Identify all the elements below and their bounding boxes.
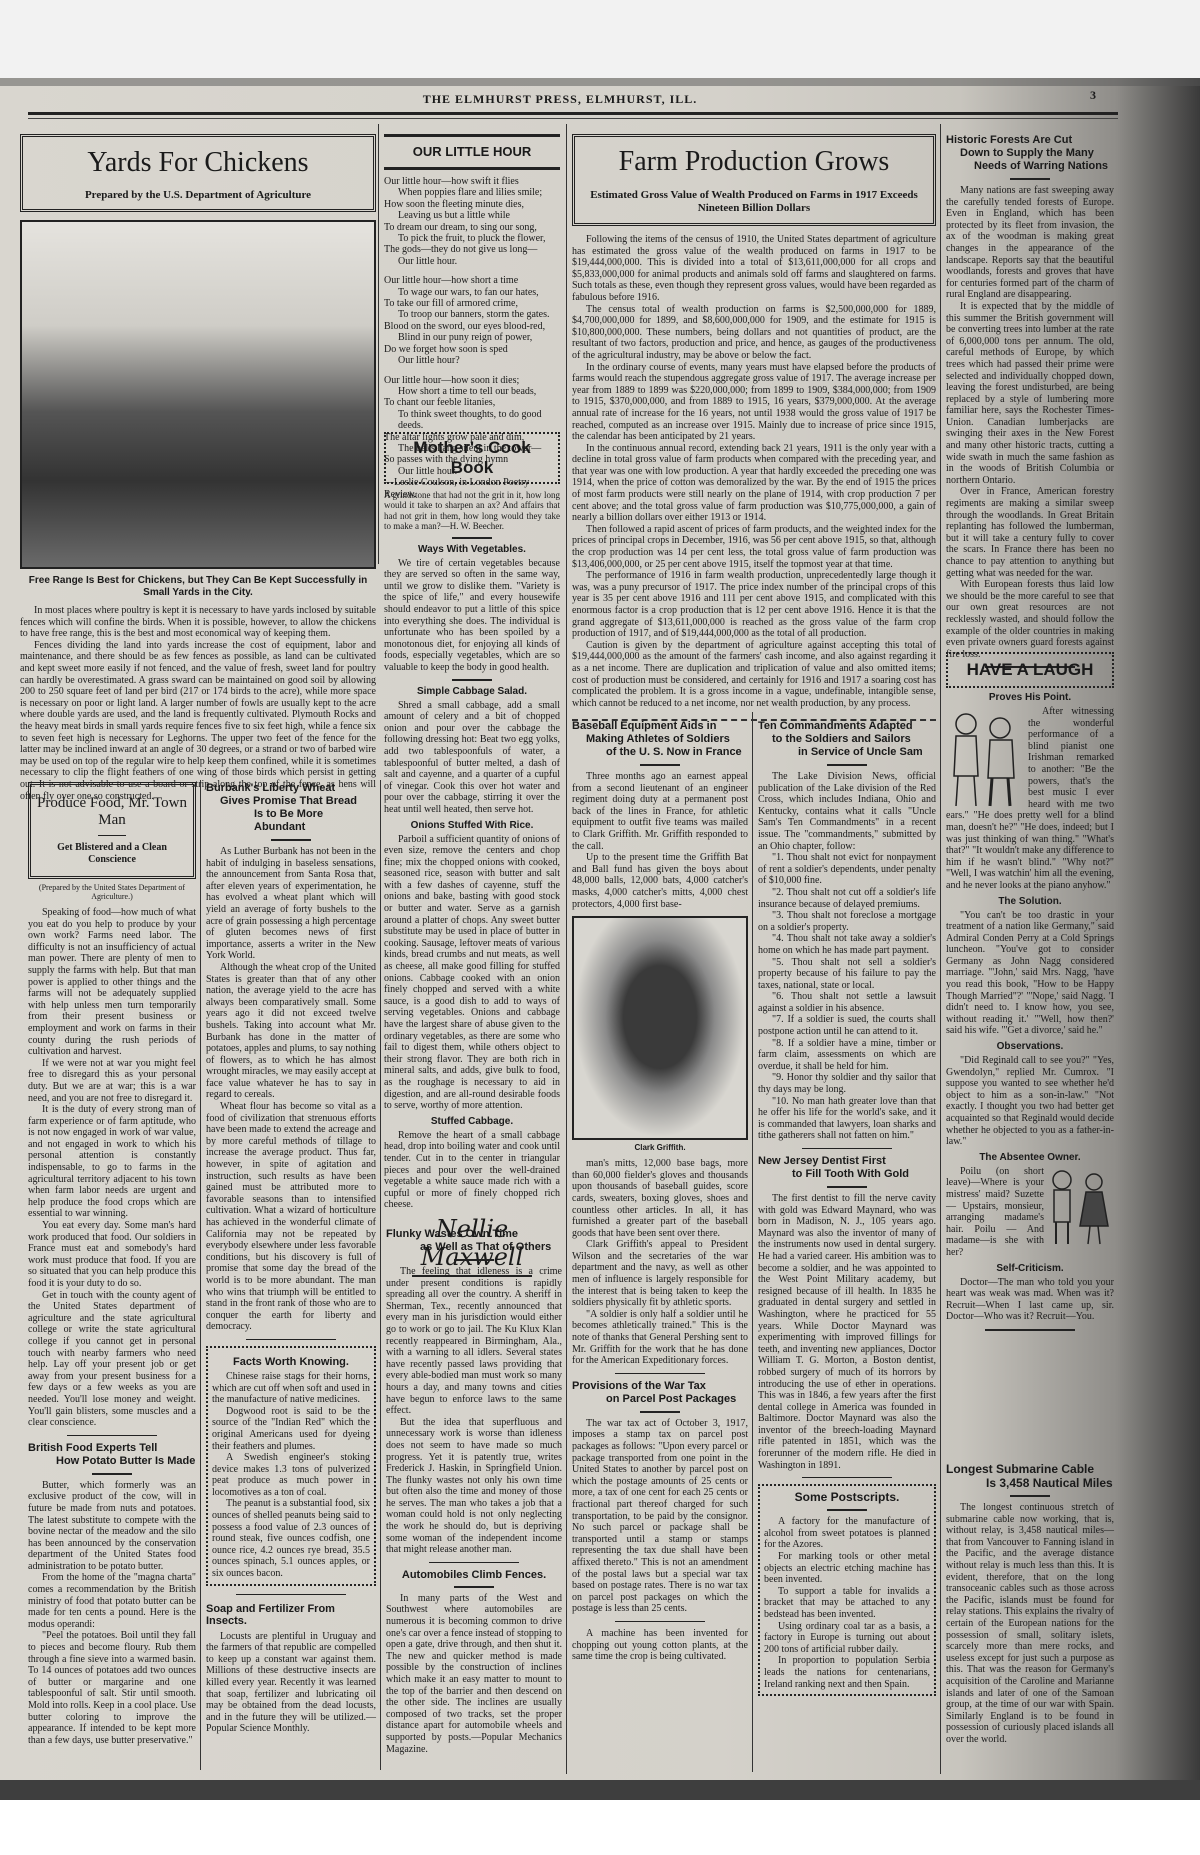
potato-butter-title: British Food Experts Tell How Potato But… (28, 1442, 196, 1468)
article-ten-commandments: Ten Commandments Adapted to the Soldiers… (758, 720, 936, 1696)
joke-heading: The Solution. (946, 896, 1114, 907)
photo-caption: Free Range Is Best for Chickens, but The… (20, 575, 376, 599)
soap-body: Locusts are plentiful in Uruguay and the… (206, 1631, 376, 1735)
photo-caption: Clark Griffith. (572, 1142, 748, 1154)
article-body: Three months ago an earnest appeal from … (572, 771, 748, 910)
article-body: The feeling that idleness is a crime und… (386, 1266, 562, 1556)
column-divider (378, 124, 379, 564)
article-body: Following the items of the census of 191… (572, 234, 936, 709)
postscripts-box: Some Postscripts. A factory for the manu… (758, 1484, 936, 1696)
recipe-text: Shred a small cabbage, add a small amoun… (384, 700, 560, 816)
column-divider (940, 124, 941, 1774)
recipe-text: Parboil a sufficient quantity of onions … (384, 834, 560, 1112)
postscripts-title: Some Postscripts. (764, 1490, 930, 1504)
scan-top-edge (0, 78, 1200, 86)
article-body: Speaking of food—how much of what you ea… (28, 907, 196, 1429)
chicken-yard-photo (20, 220, 376, 569)
column-divider (566, 124, 567, 1774)
cookbook-title: Mother's Cook Book (413, 438, 530, 477)
article-body-continued: man's mitts, 12,000 base bags, more than… (572, 1158, 748, 1367)
potato-butter-body: Butter, which formerly was an exclusive … (28, 1480, 196, 1747)
cookbook-header: Mother's Cook Book (384, 432, 560, 484)
article-farm-production: Farm Production Grows Estimated Gross Va… (572, 134, 936, 721)
masthead-rule-thin (28, 118, 1118, 119)
poem-header: OUR LITTLE HOUR (384, 134, 560, 170)
column-divider (752, 712, 753, 1772)
dentist-body: The first dentist to fill the nerve cavi… (758, 1193, 936, 1471)
article-yards-for-chickens: Yards For Chickens Prepared by the U.S. … (20, 134, 376, 802)
article-submarine-cable: Longest Submarine Cable Is 3,458 Nautica… (946, 1462, 1114, 1745)
article-body: The Lake Division News, official publica… (758, 771, 936, 1142)
article-title: Ten Commandments Adapted to the Soldiers… (758, 720, 936, 759)
recipe-heading: Simple Cabbage Salad. (384, 686, 560, 697)
recipe-heading: Ways With Vegetables. (384, 544, 560, 555)
article-title: Baseball Equipment Aids in Making Athlet… (572, 720, 748, 759)
page-number: 3 (1090, 88, 1096, 103)
war-tax-body: The war tax act of October 3, 1917, impo… (572, 1418, 748, 1663)
article-produce-food: Produce Food, Mr. Town Man Get Blistered… (28, 782, 196, 1746)
column-divider (200, 780, 201, 1770)
postscripts-body: A factory for the manufacture of alcohol… (764, 1516, 930, 1690)
recipe-text: Remove the heart of a small cabbage head… (384, 1130, 560, 1211)
article-byline: Prepared by the U.S. Department of Agric… (27, 189, 369, 201)
article-title: Longest Submarine Cable Is 3,458 Nautica… (946, 1462, 1114, 1490)
article-header-box: Produce Food, Mr. Town Man Get Blistered… (28, 782, 196, 879)
article-byline: (Prepared by the United States Departmen… (28, 883, 196, 901)
soap-title: Soap and Fertilizer From Insects. (206, 1603, 376, 1627)
facts-title: Facts Worth Knowing. (212, 1356, 370, 1368)
cookbook-quote: A grindstone that had not the grit in it… (384, 490, 560, 532)
newspaper-page: THE ELMHURST PRESS, ELMHURST, ILL. 3 Yar… (0, 0, 1200, 1855)
article-header-box: Farm Production Grows Estimated Gross Va… (572, 134, 936, 226)
joke-text: After witnessing the wonderful performan… (946, 706, 1114, 892)
joke-heading: Self-Criticism. (946, 1263, 1114, 1274)
facts-box: Facts Worth Knowing. Chinese raise stags… (206, 1346, 376, 1586)
article-burbank-wheat: Burbank's Liberty Wheat Gives Promise Th… (206, 782, 376, 1735)
article-flunky: Flunky Wastes Own Time as Well as That o… (386, 1228, 562, 1755)
article-title: Historic Forests Are Cut Down to Supply … (946, 134, 1114, 173)
paragraph: Fences dividing the land into yards incr… (20, 640, 376, 802)
article-title: Farm Production Grows (579, 145, 929, 179)
recipe-text: We tire of certain vegetables because th… (384, 558, 560, 674)
article-body: The longest continuous stretch of submar… (946, 1502, 1114, 1745)
laugh-title: HAVE A LAUGH (967, 660, 1094, 679)
dentist-title: New Jersey Dentist First to Fill Tooth W… (758, 1155, 936, 1181)
joke-heading: Proves His Point. (946, 692, 1114, 703)
article-title: Produce Food, Mr. Town Man (35, 795, 189, 829)
joke-text: "You can't be too drastic in your treatm… (946, 910, 1114, 1038)
joke-text: Doctor—The man who told you your heart w… (946, 1277, 1114, 1323)
recipe-heading: Onions Stuffed With Rice. (384, 820, 560, 831)
article-header-box: Yards For Chickens Prepared by the U.S. … (20, 134, 376, 212)
article-title: Flunky Wastes Own Time as Well as That o… (386, 1228, 562, 1254)
facts-body: Chinese raise stags for their horns, whi… (212, 1371, 370, 1580)
article-body: As Luther Burbank has not been in the ha… (206, 846, 376, 1333)
masthead-rule (28, 112, 1118, 115)
scan-top-margin (0, 0, 1200, 78)
joke-heading: Observations. (946, 1041, 1114, 1052)
autos-body: In many parts of the West and Southwest … (386, 1593, 562, 1755)
joke-text: Poilu (on short leave)—Where is your mis… (946, 1166, 1114, 1259)
article-baseball-equipment: Baseball Equipment Aids in Making Athlet… (572, 720, 748, 1663)
article-title: Burbank's Liberty Wheat Gives Promise Th… (206, 782, 376, 834)
article-body: In most places where poultry is kept it … (20, 605, 376, 802)
joke-text: "Did Reginald call to see you?" "Yes, Gw… (946, 1055, 1114, 1148)
article-have-a-laugh: HAVE A LAUGH Proves His Point. After wit… (946, 652, 1114, 1337)
scan-bottom-edge (0, 1780, 1200, 1800)
article-subtitle: Get Blistered and a Clean Conscience (35, 842, 189, 866)
recipe-heading: Stuffed Cabbage. (384, 1116, 560, 1127)
column-divider (380, 780, 381, 1770)
paragraph: In most places where poultry is kept it … (20, 605, 376, 640)
masthead: THE ELMHURST PRESS, ELMHURST, ILL. (0, 92, 1120, 107)
article-title: Yards For Chickens (27, 147, 369, 179)
article-historic-forests: Historic Forests Are Cut Down to Supply … (946, 134, 1114, 674)
article-subtitle: Estimated Gross Value of Wealth Produced… (579, 189, 929, 215)
poem-title: OUR LITTLE HOUR (413, 144, 531, 159)
autos-title: Automobiles Climb Fences. (386, 1569, 562, 1581)
article-mothers-cook-book: Mother's Cook Book A grindstone that had… (384, 432, 560, 1281)
laugh-header: HAVE A LAUGH (946, 652, 1114, 688)
clark-griffith-photo (572, 916, 748, 1140)
scan-bottom-margin (0, 1800, 1200, 1855)
joke-heading: The Absentee Owner. (946, 1152, 1114, 1163)
article-body: Many nations are fast sweeping away the … (946, 185, 1114, 660)
war-tax-title: Provisions of the War Tax on Parcel Post… (572, 1380, 748, 1406)
